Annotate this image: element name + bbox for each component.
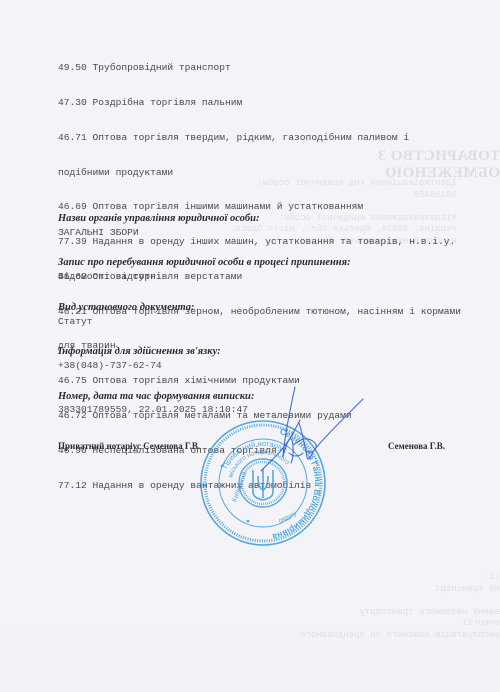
activity-line: подібними продуктами (58, 167, 461, 179)
activity-line: 46.71 Оптова торгівля твердим, рідким, г… (58, 132, 461, 144)
termination-label: Запис про перебування юридичної особи в … (58, 257, 351, 268)
governing-bodies-value: ЗАГАЛЬНІ ЗБОРИ (58, 227, 139, 239)
extract-number-datetime: 383301789559, 22.01.2025 18:10:47 (58, 404, 248, 416)
governing-bodies-label: Назви органів управління юридичної особи… (58, 213, 259, 224)
contact-phone: +38(048)-737-62-74 (58, 360, 162, 372)
notary-signature-line: Приватний нотаріус Семенова Г.В. (58, 441, 200, 451)
handwritten-signature-icon (255, 385, 365, 480)
bleed-through-text: Види економічної діяльності: 49.20 Ванта… (300, 572, 500, 653)
activity-line: 46.69 Оптова торгівля іншими машинами й … (58, 201, 461, 213)
termination-value: Відомості відсутні (58, 271, 162, 283)
activity-line: 47.30 Роздрібна торгівля пальним (58, 97, 461, 109)
extract-info-label: Номер, дата та час формування виписки: (58, 391, 254, 402)
founding-document-label: Вид установчого документа: (58, 302, 194, 313)
document-page: ТОВАРИСТВО З ОБМЕЖЕНОЮ Ідентифікаційний … (0, 0, 500, 692)
founding-document-value: Статут (58, 316, 93, 328)
contact-label: Інформація для здійснення зв'язку: (58, 346, 221, 357)
activity-line: 49.50 Трубопровідний транспорт (58, 62, 461, 74)
notary-name: Семенова Г.В. (388, 441, 445, 451)
